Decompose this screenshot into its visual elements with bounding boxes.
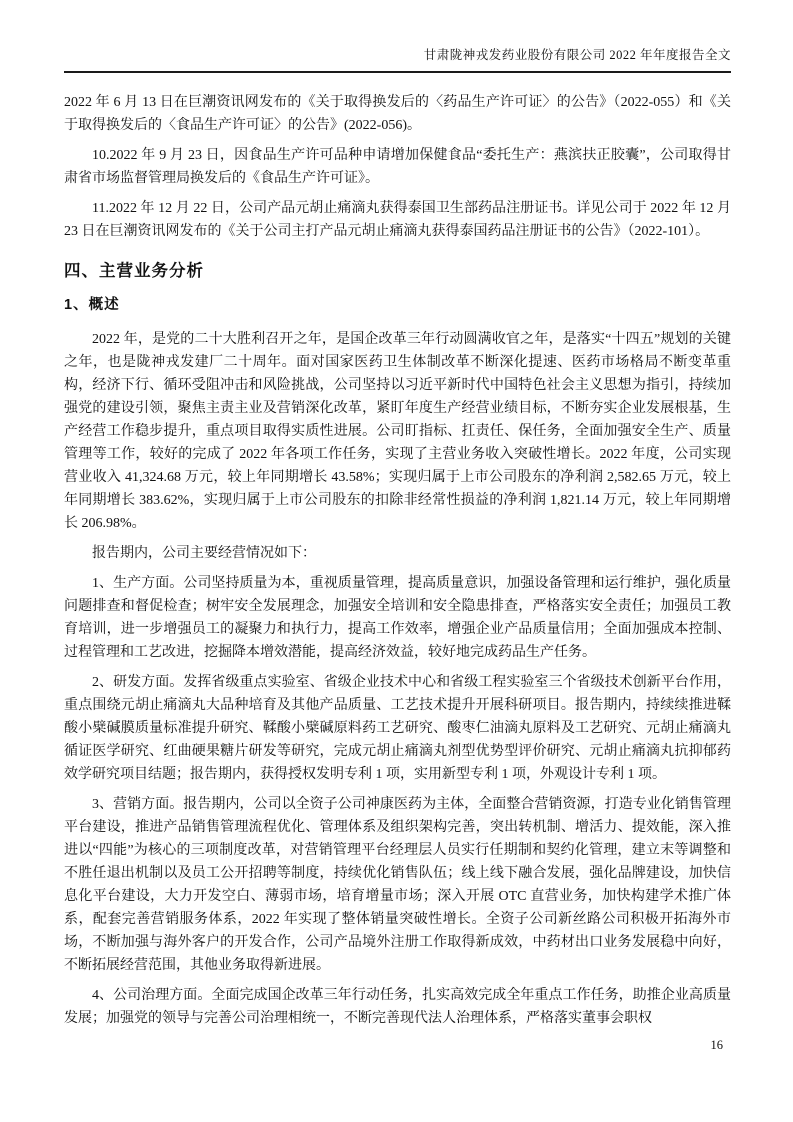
section-heading-main-business-analysis: 四、主营业务分析: [64, 257, 731, 281]
continuation-paragraph: 2022 年 6 月 13 日在巨潮资讯网发布的《关于取得换发后的〈药品生产许可…: [64, 91, 731, 137]
report-header-title: 甘肃陇神戎发药业股份有限公司 2022 年年度报告全文: [424, 48, 731, 62]
overview-paragraph-lead-in: 报告期内，公司主要经营情况如下：: [64, 542, 731, 565]
subsection-heading-overview: 1、概述: [64, 293, 731, 314]
report-page: 甘肃陇神戎发药业股份有限公司 2022 年年度报告全文 2022 年 6 月 1…: [0, 0, 793, 1122]
overview-paragraph-summary: 2022 年，是党的二十大胜利召开之年，是国企改革三年行动圆满收官之年，是落实“…: [64, 328, 731, 535]
page-number: 16: [711, 1038, 724, 1053]
event-item-11: 11.2022 年 12 月 22 日，公司产品元胡止痛滴丸获得泰国卫生部药品注…: [64, 197, 731, 243]
overview-paragraph-research: 2、研发方面。发挥省级重点实验室、省级企业技术中心和省级工程实验室三个省级技术创…: [64, 671, 731, 786]
overview-paragraph-marketing: 3、营销方面。报告期内，公司以全资子公司神康医药为主体，全面整合营销资源，打造专…: [64, 793, 731, 977]
event-item-10: 10.2022 年 9 月 23 日，因食品生产许可品种申请增加保健食品“委托生…: [64, 144, 731, 190]
overview-paragraph-production: 1、生产方面。公司坚持质量为本，重视质量管理，提高质量意识，加强设备管理和运行维…: [64, 572, 731, 664]
document-body: 2022 年 6 月 13 日在巨潮资讯网发布的《关于取得换发后的〈药品生产许可…: [64, 73, 731, 1030]
page-header: 甘肃陇神戎发药业股份有限公司 2022 年年度报告全文: [64, 46, 731, 73]
overview-paragraph-governance: 4、公司治理方面。全面完成国企改革三年行动任务，扎实高效完成全年重点工作任务，助…: [64, 984, 731, 1030]
